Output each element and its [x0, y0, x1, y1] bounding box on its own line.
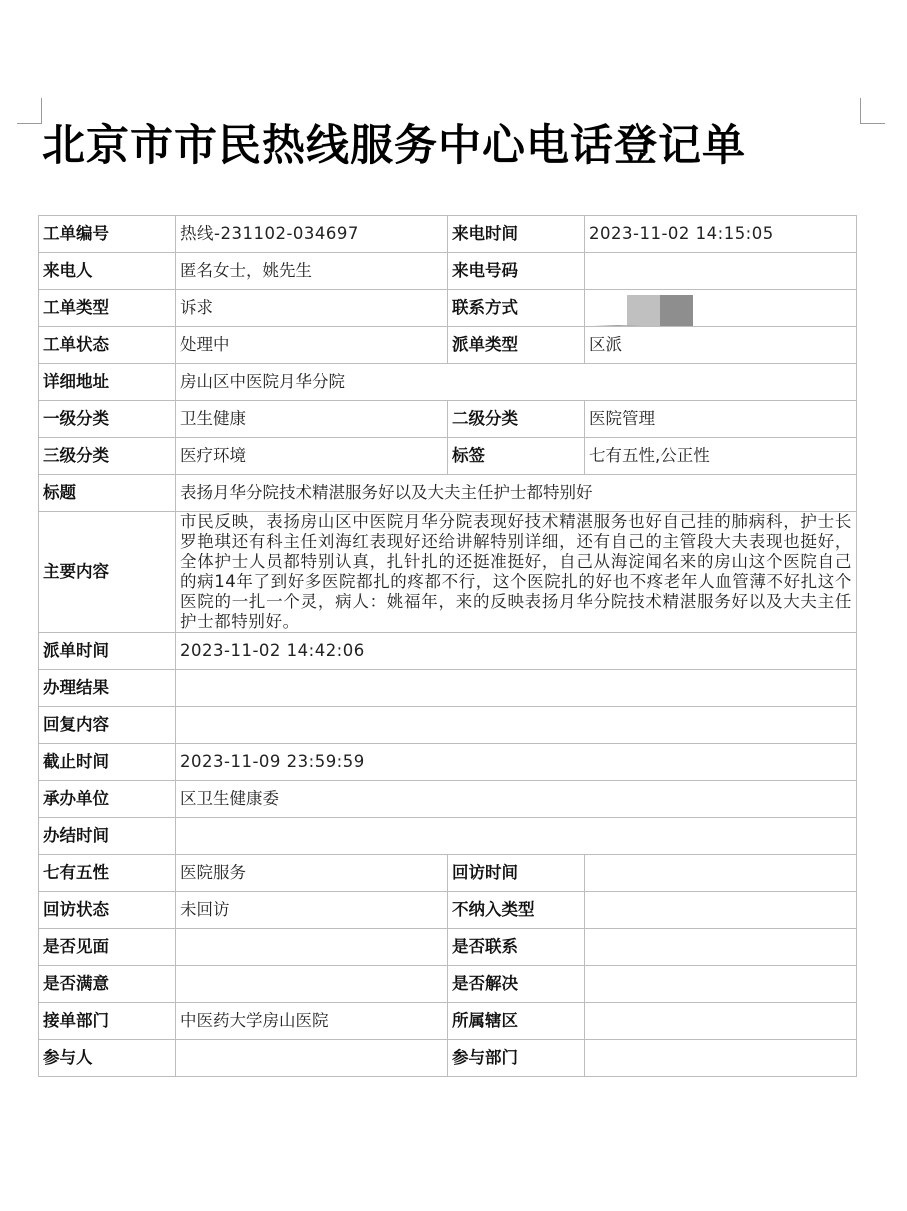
row-dispatch-time: 派单时间 2023-11-02 14:42:06: [39, 633, 857, 670]
value-revisit-time: [585, 855, 857, 892]
label-completion-time: 办结时间: [39, 818, 176, 855]
value-met-in-person: [176, 929, 448, 966]
value-category-level-1: 卫生健康: [176, 401, 448, 438]
value-seven-five: 医院服务: [176, 855, 448, 892]
label-contacted: 是否联系: [448, 929, 585, 966]
label-deadline: 截止时间: [39, 744, 176, 781]
label-handling-unit: 承办单位: [39, 781, 176, 818]
label-seven-five: 七有五性: [39, 855, 176, 892]
row-reply-content: 回复内容: [39, 707, 857, 744]
value-exclusion-type: [585, 892, 857, 929]
value-participants: [176, 1040, 448, 1077]
redaction-smudge: [593, 325, 643, 327]
value-ticket-number: 热线-231102-034697: [176, 216, 448, 253]
value-category-level-2: 医院管理: [585, 401, 857, 438]
label-caller: 来电人: [39, 253, 176, 290]
label-category-level-3: 三级分类: [39, 438, 176, 475]
label-main-content: 主要内容: [39, 512, 176, 633]
label-revisit-status: 回访状态: [39, 892, 176, 929]
label-category-level-2: 二级分类: [448, 401, 585, 438]
row-category-1: 一级分类 卫生健康 二级分类 医院管理: [39, 401, 857, 438]
redaction-block-dark: [660, 295, 693, 327]
value-reply-content: [176, 707, 857, 744]
label-receiving-dept: 接单部门: [39, 1003, 176, 1040]
value-jurisdiction: [585, 1003, 857, 1040]
value-ticket-status: 处理中: [176, 327, 448, 364]
row-ticket-number: 工单编号 热线-231102-034697 来电时间 2023-11-02 14…: [39, 216, 857, 253]
label-subject: 标题: [39, 475, 176, 512]
value-category-level-3: 医疗环境: [176, 438, 448, 475]
value-handling-result: [176, 670, 857, 707]
label-reply-content: 回复内容: [39, 707, 176, 744]
value-dispatch-time: 2023-11-02 14:42:06: [176, 633, 857, 670]
document-title: 北京市市民热线服务中心电话登记单: [42, 118, 746, 174]
label-participants: 参与人: [39, 1040, 176, 1077]
row-completion-time: 办结时间: [39, 818, 857, 855]
row-deadline: 截止时间 2023-11-09 23:59:59: [39, 744, 857, 781]
row-participants: 参与人 参与部门: [39, 1040, 857, 1077]
row-revisit-status: 回访状态 未回访 不纳入类型: [39, 892, 857, 929]
label-handling-result: 办理结果: [39, 670, 176, 707]
row-seven-five: 七有五性 医院服务 回访时间: [39, 855, 857, 892]
value-completion-time: [176, 818, 857, 855]
value-satisfied: [176, 966, 448, 1003]
label-contact-method: 联系方式: [448, 290, 585, 327]
page-corner-mark-left: [17, 98, 42, 124]
label-category-level-1: 一级分类: [39, 401, 176, 438]
label-call-time: 来电时间: [448, 216, 585, 253]
row-ticket-status: 工单状态 处理中 派单类型 区派: [39, 327, 857, 364]
value-ticket-type: 诉求: [176, 290, 448, 327]
value-caller-number-redacted: [585, 253, 857, 290]
page-corner-mark-right: [860, 98, 885, 124]
value-contacted: [585, 929, 857, 966]
row-ticket-type: 工单类型 诉求 联系方式: [39, 290, 857, 327]
row-category-3: 三级分类 医疗环境 标签 七有五性,公正性: [39, 438, 857, 475]
row-satisfied: 是否满意 是否解决: [39, 966, 857, 1003]
row-address: 详细地址 房山区中医院月华分院: [39, 364, 857, 401]
label-dispatch-time: 派单时间: [39, 633, 176, 670]
row-receiving-dept: 接单部门 中医药大学房山医院 所属辖区: [39, 1003, 857, 1040]
label-participating-depts: 参与部门: [448, 1040, 585, 1077]
row-subject: 标题 表扬月华分院技术精湛服务好以及大夫主任护士都特别好: [39, 475, 857, 512]
value-receiving-dept: 中医药大学房山医院: [176, 1003, 448, 1040]
value-call-time: 2023-11-02 14:15:05: [585, 216, 857, 253]
value-deadline: 2023-11-09 23:59:59: [176, 744, 857, 781]
value-main-content: 市民反映，表扬房山区中医院月华分院表现好技术精湛服务也好自己挂的肺病科，护士长罗…: [176, 512, 857, 633]
redaction-block-light: [627, 295, 660, 327]
value-address: 房山区中医院月华分院: [176, 364, 857, 401]
row-met-in-person: 是否见面 是否联系: [39, 929, 857, 966]
value-revisit-status: 未回访: [176, 892, 448, 929]
row-handling-result: 办理结果: [39, 670, 857, 707]
label-ticket-status: 工单状态: [39, 327, 176, 364]
value-resolved: [585, 966, 857, 1003]
label-revisit-time: 回访时间: [448, 855, 585, 892]
label-exclusion-type: 不纳入类型: [448, 892, 585, 929]
value-handling-unit: 区卫生健康委: [176, 781, 857, 818]
label-caller-number: 来电号码: [448, 253, 585, 290]
label-ticket-type: 工单类型: [39, 290, 176, 327]
registration-form-table: 工单编号 热线-231102-034697 来电时间 2023-11-02 14…: [38, 215, 857, 1077]
label-resolved: 是否解决: [448, 966, 585, 1003]
label-satisfied: 是否满意: [39, 966, 176, 1003]
label-jurisdiction: 所属辖区: [448, 1003, 585, 1040]
value-caller: 匿名女士，姚先生: [176, 253, 448, 290]
value-participating-depts: [585, 1040, 857, 1077]
value-tags: 七有五性,公正性: [585, 438, 857, 475]
row-handling-unit: 承办单位 区卫生健康委: [39, 781, 857, 818]
value-contact-method-redacted: [585, 290, 857, 327]
label-ticket-number: 工单编号: [39, 216, 176, 253]
label-tags: 标签: [448, 438, 585, 475]
row-caller: 来电人 匿名女士，姚先生 来电号码: [39, 253, 857, 290]
value-subject: 表扬月华分院技术精湛服务好以及大夫主任护士都特别好: [176, 475, 857, 512]
label-met-in-person: 是否见面: [39, 929, 176, 966]
row-main-content: 主要内容 市民反映，表扬房山区中医院月华分院表现好技术精湛服务也好自己挂的肺病科…: [39, 512, 857, 633]
label-address: 详细地址: [39, 364, 176, 401]
main-content-text: 市民反映，表扬房山区中医院月华分院表现好技术精湛服务也好自己挂的肺病科，护士长罗…: [180, 512, 852, 632]
label-dispatch-type: 派单类型: [448, 327, 585, 364]
value-dispatch-type: 区派: [585, 327, 857, 364]
